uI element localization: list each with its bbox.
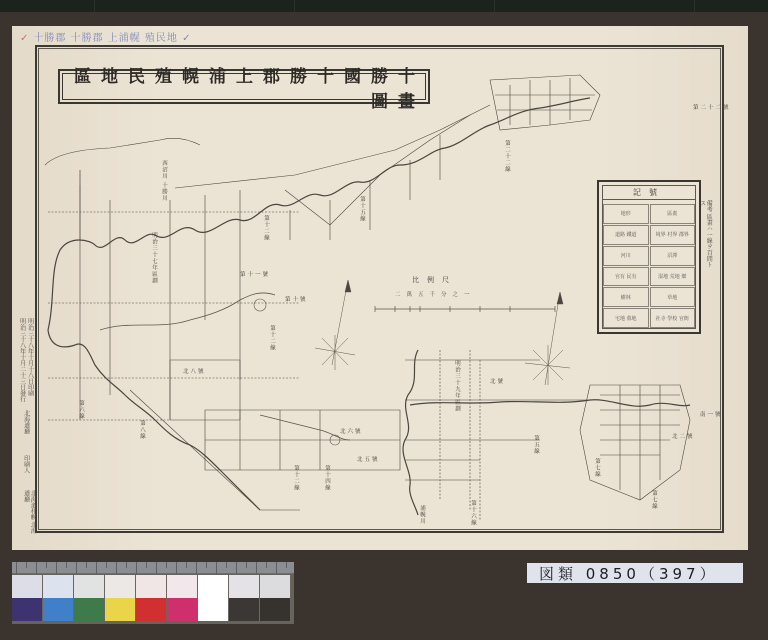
color-swatch: [74, 575, 105, 598]
place-label: 第八線: [138, 420, 146, 440]
calibration-ruler: [12, 562, 294, 574]
ruler-tick: [146, 562, 147, 568]
color-swatch: [136, 598, 167, 621]
place-label: 西沼川 十勝川: [160, 160, 168, 202]
ruler-tick: [106, 562, 107, 568]
color-swatch: [167, 598, 198, 621]
color-swatch: [167, 575, 198, 598]
ruler-tick: [236, 562, 237, 574]
legend-forest: 樹林: [603, 287, 649, 307]
annotation-text: 十勝郡 十勝郡 上浦幌 殖民地 ✓: [33, 33, 191, 44]
color-swatch: [229, 575, 260, 598]
ruler-tick: [86, 562, 87, 568]
legend-grassland: 草地: [650, 287, 696, 307]
legend-institutions: 社寺 學校 官衙: [650, 308, 696, 328]
place-label: 第十號: [285, 295, 308, 303]
printer-name: 北海道札幌 北海道廳: [22, 490, 35, 535]
ruler-tick: [186, 562, 187, 568]
ruler-tick: [16, 562, 17, 574]
color-swatch: [198, 598, 229, 621]
legend-grid: 地形 區畫 道路 鐵道 境界 村界 郡界 河川 沼澤 官有 民有 湿地 荒地 畑…: [603, 204, 695, 328]
color-swatch: [74, 598, 105, 621]
color-swatch: [43, 575, 74, 598]
ruler-tick: [26, 562, 27, 568]
color-swatch: [198, 575, 229, 598]
map-title-box: 十勝國十勝郡上浦幌殖民地區畫圖: [58, 69, 430, 104]
color-swatch: [105, 575, 136, 598]
strip-segment: [0, 0, 95, 12]
ruler-tick: [136, 562, 137, 574]
legend-boundaries: 境界 村界 郡界: [650, 225, 696, 245]
place-label: 第十六線: [469, 500, 477, 526]
ruler-tick: [176, 562, 177, 574]
place-label: 明治三十九年區劃: [453, 360, 461, 412]
ruler-tick: [266, 562, 267, 568]
place-label: 北八號: [183, 367, 206, 375]
place-label: 明治三十七年區劃: [150, 232, 158, 284]
legend-terrain: 地形: [603, 204, 649, 224]
place-label: 第二十二線: [503, 140, 511, 173]
ruler-tick: [116, 562, 117, 574]
catalog-number: 図類 0850（397）: [539, 563, 719, 584]
color-swatch: [43, 598, 74, 621]
color-swatch: [260, 575, 291, 598]
legend-plot-grid: 區畫: [650, 204, 696, 224]
compass-rose-east: [525, 292, 570, 385]
issue-date-note: 明治三十八年十月二十三日發行: [18, 318, 25, 403]
ruler-tick: [226, 562, 227, 568]
place-label: 第七線: [593, 458, 601, 478]
legend-roads: 道路 鐵道: [603, 225, 649, 245]
publisher-note: 北海道廳: [22, 410, 29, 445]
legend-marsh: 沼澤: [650, 246, 696, 266]
color-swatch: [12, 575, 43, 598]
ruler-tick: [126, 562, 127, 568]
place-label: 第二十二號: [693, 103, 731, 111]
place-label: 北五號: [357, 455, 380, 463]
ruler-tick: [256, 562, 257, 574]
legend-land-use: 湿地 荒地 畑: [650, 267, 696, 287]
scale-title: 尺例比: [412, 275, 457, 285]
legend-ownership: 官有 民有: [603, 267, 649, 287]
place-label: 南一號: [700, 410, 723, 418]
color-swatch: [260, 598, 291, 621]
ruler-tick: [56, 562, 57, 574]
place-label: 第十四線: [323, 465, 331, 491]
ruler-tick: [246, 562, 247, 568]
check-mark-icon: ✓: [20, 33, 29, 44]
color-swatch: [136, 575, 167, 598]
survey-grid-west: [45, 105, 490, 510]
place-label: 第七線: [650, 490, 658, 510]
place-label: 第五線: [532, 435, 540, 455]
strip-segment: [495, 0, 695, 12]
place-label: 第十二線: [262, 215, 270, 241]
map-title-frame: 十勝國十勝郡上浦幌殖民地區畫圖: [62, 73, 426, 100]
ruler-tick: [76, 562, 77, 574]
color-calibration-card: [12, 562, 294, 624]
ruler-tick: [196, 562, 197, 574]
tributary-streams: [80, 170, 350, 440]
color-swatch: [229, 598, 260, 621]
village-clusters: [254, 299, 340, 445]
ruler-tick: [66, 562, 67, 568]
printer-label: 印刷人: [22, 455, 29, 485]
ruler-tick: [276, 562, 277, 574]
strip-segment: [95, 0, 295, 12]
handwritten-annotation: ✓十勝郡 十勝郡 上浦幌 殖民地 ✓: [20, 29, 191, 44]
scanner-top-strip: [0, 0, 768, 12]
place-label: 第六線: [77, 400, 85, 420]
scale-bar: [375, 306, 555, 312]
strip-segment: [295, 0, 495, 12]
place-label: 北號: [490, 377, 505, 385]
place-label: 北六號: [340, 427, 363, 435]
legend-title: 記號: [603, 186, 695, 200]
place-label: 第十二線: [268, 325, 276, 351]
legend-residential: 宅地 墓地: [603, 308, 649, 328]
catalog-label: 図類 0850（397）: [527, 563, 743, 583]
ruler-tick: [36, 562, 37, 574]
ruler-tick: [286, 562, 287, 568]
place-label: 第十一號: [240, 270, 270, 278]
compass-rose-west: [315, 280, 355, 370]
place-label: 第十二線: [292, 465, 300, 491]
place-label: 第十五線: [358, 196, 366, 222]
map-legend: 記號 地形 區畫 道路 鐵道 境界 村界 郡界 河川 沼澤 官有 民有 湿地 荒…: [597, 180, 701, 334]
color-swatch: [105, 598, 136, 621]
scale-ratio: 一之分千五萬二: [395, 290, 476, 298]
ruler-tick: [156, 562, 157, 574]
ruler-tick: [96, 562, 97, 574]
ruler-tick: [216, 562, 217, 574]
map-title: 十勝國十勝郡上浦幌殖民地區畫圖: [63, 62, 425, 112]
legend-river: 河川: [603, 246, 649, 266]
color-swatch: [12, 598, 43, 621]
ruler-tick: [206, 562, 207, 568]
print-date-note: 明治三十八年十月十八日印刷: [26, 318, 33, 403]
place-label: 浦幌川: [418, 505, 426, 525]
ruler-tick: [166, 562, 167, 568]
color-swatch-row: [12, 598, 291, 621]
place-label: 北二號: [672, 432, 695, 440]
ruler-tick: [46, 562, 47, 568]
grayscale-swatch-row: [12, 575, 291, 598]
